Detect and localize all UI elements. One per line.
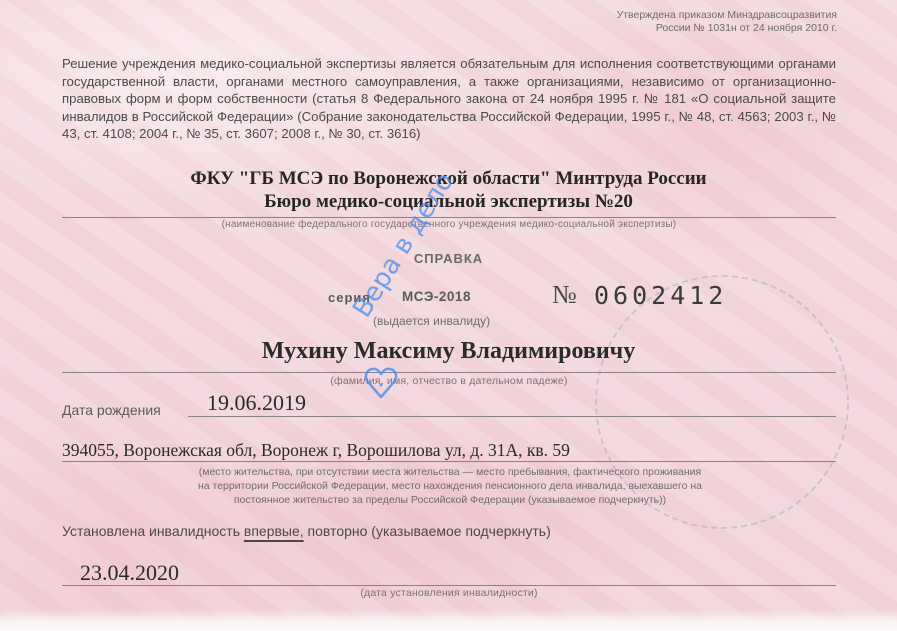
dob-label: Дата рождения xyxy=(62,402,161,418)
document-title: СПРАВКА xyxy=(0,251,897,266)
approval-line-1: Утверждена приказом Минздравсоцразвития xyxy=(617,9,837,22)
institution-underline xyxy=(62,217,836,218)
address-caption-line-1: (место жительства, при отсутствии места … xyxy=(70,465,830,479)
dob-value: 19.06.2019 xyxy=(207,390,306,416)
option-repeat: повторно xyxy=(304,523,368,539)
legal-preamble: Решение учреждения медико-социальной экс… xyxy=(62,55,836,143)
dob-underline xyxy=(188,416,836,417)
disability-date-underline xyxy=(62,585,836,586)
number-sign: № xyxy=(552,280,577,310)
option-first-time: впервые, xyxy=(244,523,304,539)
disability-status-line: Установлена инвалидность впервые, повтор… xyxy=(62,523,551,539)
name-underline xyxy=(62,372,836,373)
disability-date: 23.04.2020 xyxy=(80,560,179,586)
issued-to-caption: (выдается инвалиду) xyxy=(373,314,490,328)
disability-suffix: (указываемое подчеркнуть) xyxy=(367,523,550,539)
address-caption: (место жительства, при отсутствии места … xyxy=(70,465,830,507)
address-caption-line-2: на территории Российской Федерации, мест… xyxy=(70,479,830,493)
paper-bottom-edge xyxy=(0,609,897,631)
approval-note: Утверждена приказом Минздравсоцразвития … xyxy=(617,9,837,35)
approval-line-2: России № 1031н от 24 ноября 2010 г. xyxy=(617,22,837,35)
address-caption-line-3: постоянное жительство за пределы Российс… xyxy=(70,493,830,507)
certificate-number: 0602412 xyxy=(594,281,727,310)
disability-date-caption: (дата установления инвалидности) xyxy=(62,587,836,599)
address-value: 394055, Воронежская обл, Воронеж г, Воро… xyxy=(62,440,570,461)
series-value: МСЭ-2018 xyxy=(402,289,471,304)
address-underline xyxy=(62,461,836,462)
recipient-name: Мухину Максиму Владимировичу xyxy=(0,338,897,365)
disability-prefix: Установлена инвалидность xyxy=(62,523,244,539)
name-caption: (фамилия, имя, отчество в дательном паде… xyxy=(62,375,836,387)
heart-icon xyxy=(364,365,398,401)
institution-caption: (наименование федерального государственн… xyxy=(62,219,836,230)
